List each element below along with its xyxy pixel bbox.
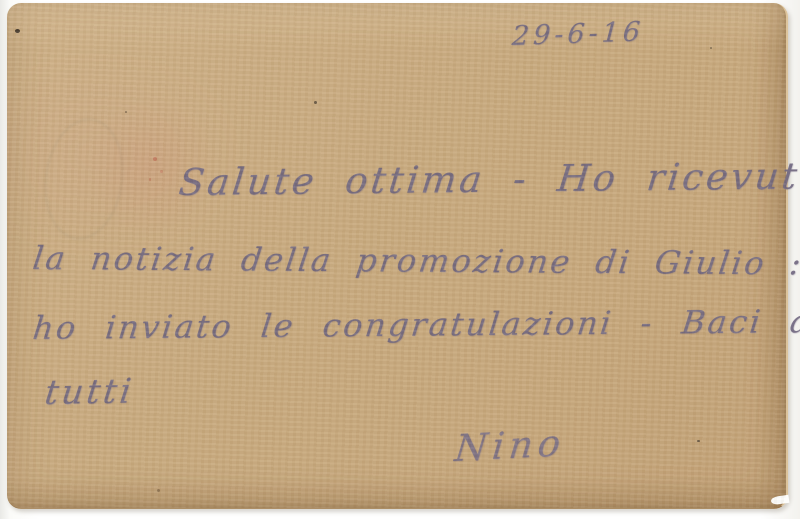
paper-speck — [710, 47, 712, 49]
paper-speck — [157, 489, 160, 492]
message-line: Salute ottima - Ho ricevuto — [177, 154, 800, 204]
red-ink-speck — [149, 178, 151, 181]
signature-handwriting: Nino — [453, 421, 568, 470]
worn-edge-chip — [771, 495, 790, 505]
paper-speck — [314, 101, 317, 104]
paper-speck — [125, 111, 127, 113]
postcard: 29-6-16 Salute ottima - Ho ricevuto la n… — [7, 3, 788, 509]
message-line: la notizia della promozione di Giulio : … — [31, 239, 800, 283]
handwritten-date: 29-6-16 — [511, 16, 645, 52]
paper-speck — [15, 29, 20, 33]
paper-speck — [697, 440, 700, 442]
red-ink-speck — [153, 157, 157, 161]
scanner-background: 29-6-16 Salute ottima - Ho ricevuto la n… — [0, 0, 800, 519]
message-line: ho inviato le congratulazioni - Baci a — [31, 302, 800, 347]
message-line: tutti — [43, 371, 137, 413]
red-ink-speck — [160, 170, 163, 173]
